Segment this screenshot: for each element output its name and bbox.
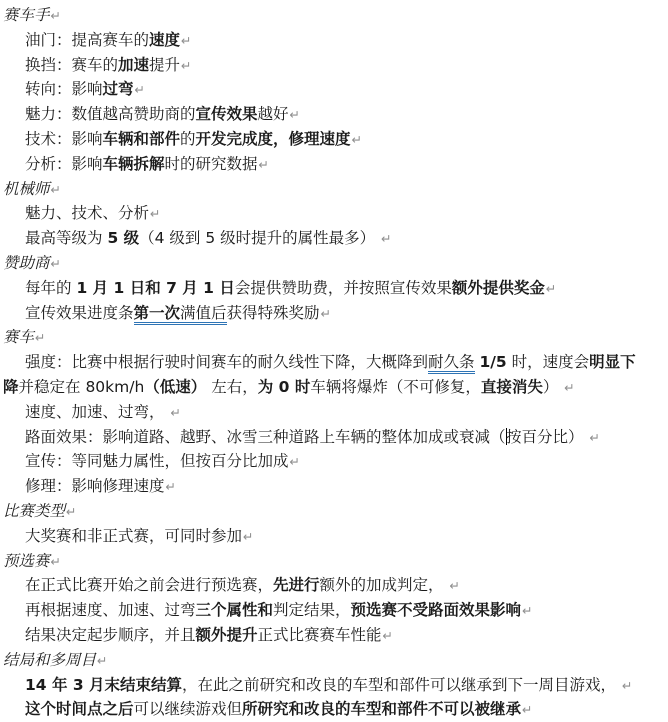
text-segment: 5 级 <box>107 229 139 247</box>
text-line: 技术：影响车辆和部件的开发完成度，修理速度↵ <box>3 127 668 152</box>
text-segment: 魅力、技术、分析 <box>25 204 149 222</box>
text-line: 宣传：等同魅力属性，但按百分比加成↵ <box>3 449 668 474</box>
text-segment: 赛车 <box>3 328 34 346</box>
text-segment: 可以继续游戏但 <box>134 700 243 718</box>
text-segment: 时的研究数据 <box>165 155 258 173</box>
text-line: 结果决定起步顺序，并且额外提升正式比赛赛车性能↵ <box>3 623 668 648</box>
paragraph-mark-icon: ↵ <box>564 380 574 395</box>
text-segment: 每年的 <box>25 279 76 297</box>
paragraph-mark-icon: ↵ <box>321 306 331 321</box>
text-segment: 额外的加成判定， <box>320 576 449 594</box>
text-segment: 技术：影响 <box>25 130 103 148</box>
paragraph-mark-icon: ↵ <box>51 256 61 271</box>
text-segment: ） <box>543 378 563 396</box>
paragraph-mark-icon: ↵ <box>51 554 61 569</box>
paragraph-mark-icon: ↵ <box>135 82 145 97</box>
heading-line: 预选赛↵ <box>3 549 668 574</box>
text-segment: 魅力：数值越高赞助商的 <box>25 105 196 123</box>
text-segment: 结果决定起步顺序，并且 <box>25 626 196 644</box>
text-segment: 为 0 时 <box>258 378 311 396</box>
text-line: 分析：影响车辆拆解时的研究数据↵ <box>3 152 668 177</box>
heading-line: 赛车手↵ <box>3 3 668 28</box>
text-line: 换挡：赛车的加速提升↵ <box>3 53 668 78</box>
text-segment: 额外提供奖金 <box>452 279 545 297</box>
text-segment: 越好 <box>258 105 289 123</box>
text-segment: 时，速度会 <box>507 353 589 371</box>
text-segment: 明显下 <box>589 353 636 371</box>
text-segment: （低速） <box>144 378 206 396</box>
text-segment: 额外提升 <box>196 626 258 644</box>
text-segment: 比赛类型 <box>3 502 65 520</box>
text-segment: 预选赛不受路面效果影响 <box>351 601 522 619</box>
paragraph-mark-icon: ↵ <box>51 8 61 23</box>
document-page: 赛车手↵油门：提高赛车的速度↵换挡：赛车的加速提升↵转向：影响过弯↵魅力：数值越… <box>0 0 668 722</box>
text-segment: 提升 <box>149 56 180 74</box>
text-segment: 先进行 <box>273 576 320 594</box>
text-segment: 赞助商 <box>3 254 50 272</box>
paragraph-mark-icon: ↵ <box>35 330 45 345</box>
text-line: 在正式比赛开始之前会进行预选赛，先进行额外的加成判定， ↵ <box>3 573 668 598</box>
paragraph-mark-icon: ↵ <box>622 678 632 693</box>
paragraph-mark-icon: ↵ <box>290 454 300 469</box>
text-segment: 1/5 <box>479 353 506 371</box>
heading-line: 赞助商↵ <box>3 251 668 276</box>
text-segment: 路面效果：影响道路、越野、冰雪三种道路上车辆的整体加成或衰减（ <box>25 428 506 446</box>
paragraph-mark-icon: ↵ <box>383 628 393 643</box>
text-segment: 会提供赞助费，并按照宣传效果 <box>235 279 452 297</box>
text-line: 速度、加速、过弯， ↵ <box>3 400 668 425</box>
text-segment: 宣传效果 <box>196 105 258 123</box>
text-segment: 判定结果， <box>273 601 351 619</box>
text-segment: 速度、加速、过弯， <box>25 403 169 421</box>
heading-line: 机械师↵ <box>3 177 668 202</box>
paragraph-mark-icon: ↵ <box>97 653 107 668</box>
text-segment: 车辆和部件 <box>103 130 181 148</box>
paragraph-mark-icon: ↵ <box>243 529 253 544</box>
text-line: 大奖赛和非正式赛，可同时参加↵ <box>3 524 668 549</box>
text-line: 魅力、技术、分析↵ <box>3 201 668 226</box>
paragraph-mark-icon: ↵ <box>449 578 459 593</box>
text-segment: 获得特殊奖励 <box>227 304 320 322</box>
text-segment: 直接消失 <box>481 378 543 396</box>
text-segment: 宣传效果进度条 <box>25 304 134 322</box>
underlined-text: 耐久条 <box>428 353 475 374</box>
text-segment: 机械师 <box>3 180 50 198</box>
paragraph-mark-icon: ↵ <box>170 405 180 420</box>
text-line: 转向：影响过弯↵ <box>3 77 668 102</box>
paragraph-mark-icon: ↵ <box>522 702 532 717</box>
text-segment: 车辆拆解 <box>103 155 165 173</box>
text-segment: 宣传：等同魅力属性，但按百分比加成 <box>25 452 289 470</box>
text-segment: 修理：影响修理速度 <box>25 477 165 495</box>
text-segment: 赛车手 <box>3 6 50 24</box>
text-segment: 的 <box>180 130 196 148</box>
text-line: 强度：比赛中根据行驶时间赛车的耐久线性下降，大概降到耐久条 1/5 时，速度会明… <box>3 350 668 375</box>
text-segment: 左右， <box>206 378 257 396</box>
text-segment: 过弯 <box>103 80 134 98</box>
text-line: 每年的 1 月 1 日和 7 月 1 日会提供赞助费，并按照宣传效果额外提供奖金… <box>3 276 668 301</box>
text-line: 最高等级为 5 级（4 级到 5 级时提升的属性最多） ↵ <box>3 226 668 251</box>
heading-line: 比赛类型↵ <box>3 499 668 524</box>
paragraph-mark-icon: ↵ <box>259 157 269 172</box>
text-segment: 预选赛 <box>3 552 50 570</box>
text-segment: 在正式比赛开始之前会进行预选赛， <box>25 576 273 594</box>
text-segment: 正式比赛赛车性能 <box>258 626 382 644</box>
text-segment: 按百分比） <box>506 428 588 446</box>
text-segment: 强度：比赛中根据行驶时间赛车的耐久线性下降，大概降到 <box>25 353 428 371</box>
text-segment: 14 年 3 月末结束结算 <box>25 676 182 694</box>
text-segment: 再根据速度、加速、过弯 <box>25 601 196 619</box>
text-segment: 车辆将爆炸（不可修复， <box>310 378 481 396</box>
text-line: 油门：提高赛车的速度↵ <box>3 28 668 53</box>
text-segment: 分析：影响 <box>25 155 103 173</box>
text-segment: 换挡：赛车的 <box>25 56 118 74</box>
paragraph-mark-icon: ↵ <box>589 430 599 445</box>
text-line: 再根据速度、加速、过弯三个属性和判定结果，预选赛不受路面效果影响↵ <box>3 598 668 623</box>
text-line: 降并稳定在 80km/h（低速） 左右，为 0 时车辆将爆炸（不可修复，直接消失… <box>3 375 668 400</box>
text-line: 宣传效果进度条第一次满值后获得特殊奖励↵ <box>3 301 668 326</box>
text-line: 14 年 3 月末结束结算，在此之前研究和改良的车型和部件可以继承到下一周目游戏… <box>3 673 668 698</box>
text-segment: 三个属性和 <box>196 601 274 619</box>
text-segment: （4 级到 5 级时提升的属性最多） <box>139 229 380 247</box>
text-segment: 油门：提高赛车的 <box>25 31 149 49</box>
text-segment: 转向：影响 <box>25 80 103 98</box>
paragraph-mark-icon: ↵ <box>546 281 556 296</box>
paragraph-mark-icon: ↵ <box>381 231 391 246</box>
text-line: 修理：影响修理速度↵ <box>3 474 668 499</box>
paragraph-mark-icon: ↵ <box>166 479 176 494</box>
text-segment: 最高等级为 <box>25 229 107 247</box>
text-line: 这个时间点之后可以继续游戏但所研究和改良的车型和部件不可以被继承↵ <box>3 697 668 722</box>
paragraph-mark-icon: ↵ <box>66 504 76 519</box>
paragraph-mark-icon: ↵ <box>352 132 362 147</box>
text-segment: 速度 <box>149 31 180 49</box>
text-segment: 并稳定在 80km/h <box>19 378 145 396</box>
text-segment: 开发完成度，修理速度 <box>196 130 351 148</box>
text-segment: 这个时间点之后 <box>25 700 134 718</box>
text-segment: 降 <box>3 378 19 396</box>
text-line: 魅力：数值越高赞助商的宣传效果越好↵ <box>3 102 668 127</box>
paragraph-mark-icon: ↵ <box>181 58 191 73</box>
text-line: 路面效果：影响道路、越野、冰雪三种道路上车辆的整体加成或衰减（按百分比） ↵ <box>3 425 668 450</box>
heading-line: 赛车↵ <box>3 325 668 350</box>
paragraph-mark-icon: ↵ <box>290 107 300 122</box>
paragraph-mark-icon: ↵ <box>181 33 191 48</box>
underlined-text: 满值后 <box>180 304 227 325</box>
text-segment: 加速 <box>118 56 149 74</box>
underlined-text: 第一次 <box>134 304 181 325</box>
text-segment: ，在此之前研究和改良的车型和部件可以继承到下一周目游戏， <box>182 676 621 694</box>
text-segment: 所研究和改良的车型和部件不可以被继承 <box>242 700 521 718</box>
paragraph-mark-icon: ↵ <box>522 603 532 618</box>
heading-line: 结局和多周目↵ <box>3 648 668 673</box>
text-segment: 大奖赛和非正式赛，可同时参加 <box>25 527 242 545</box>
paragraph-mark-icon: ↵ <box>51 182 61 197</box>
paragraph-mark-icon: ↵ <box>150 206 160 221</box>
text-segment: 1 月 1 日和 7 月 1 日 <box>76 279 234 297</box>
text-segment: 结局和多周目 <box>3 651 96 669</box>
